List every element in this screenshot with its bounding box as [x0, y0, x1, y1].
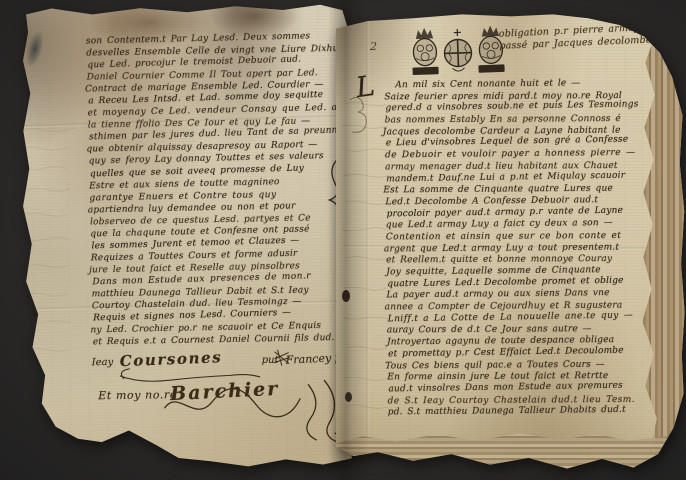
manuscript-text-line: An mil six Cent nonante huit et le — [395, 78, 650, 92]
right-page-wrapper: 2 II·B [0, 0, 686, 480]
fiscal-stamps-icon: II·B [407, 22, 509, 83]
right-page-text: An mil six Cent nonante huit et le —Saiz… [384, 78, 654, 420]
manuscript-text-line: auray Cours de d.t Ce Jour sans autre — [387, 324, 653, 337]
manuscript-text-line: Est La somme de Cinquante quatre Lures q… [383, 184, 649, 198]
manuscript-scan: son Contentem.t Par Lay Lesd. Deux somme… [0, 0, 686, 480]
page-number: 2 [370, 40, 377, 53]
ink-blob [345, 392, 352, 402]
manuscript-text-line: de S.t Ieay Courtoy Chastelain dud.t lie… [388, 394, 654, 407]
book-bottom-edge [336, 430, 670, 474]
right-page: 2 II·B [336, 0, 686, 480]
initial-capital: L [354, 69, 377, 104]
svg-text:II·B: II·B [421, 69, 431, 75]
ink-blob [342, 290, 350, 302]
header-annotation: obligation p.r pierre armeypassé par Jac… [499, 21, 667, 52]
manuscript-text-line: et Reellem.t quitte et bonne monnoye Cou… [386, 254, 652, 267]
svg-text:HIRII: HIRII [484, 67, 498, 73]
